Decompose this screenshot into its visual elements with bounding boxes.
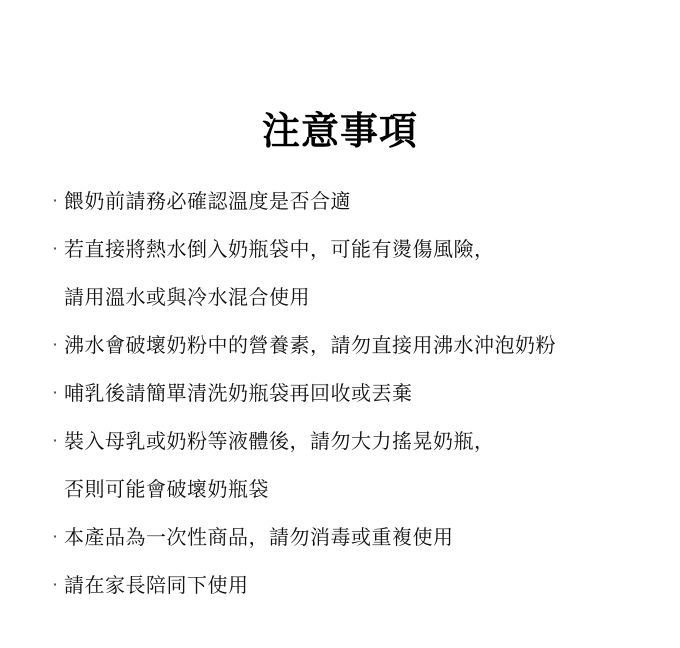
bullet-dot-icon: ·: [50, 513, 60, 561]
bullet-dot-icon: ·: [50, 177, 60, 225]
bullet-dot-icon: ·: [50, 561, 60, 609]
list-item: · 請在家長陪同下使用: [0, 561, 680, 609]
page-title: 注意事項: [0, 107, 680, 155]
note-text: 餵奶前請務必確認溫度是否合適: [64, 177, 680, 225]
note-text: 沸水會破壞奶粉中的營養素，請勿直接用沸水沖泡奶粉: [64, 321, 680, 369]
note-text: 哺乳後請簡單清洗奶瓶袋再回收或丟棄: [64, 369, 680, 417]
note-text: 裝入母乳或奶粉等液體後，請勿大力搖晃奶瓶，: [64, 417, 680, 465]
precautions-list: · 餵奶前請務必確認溫度是否合適 · 若直接將熱水倒入奶瓶袋中，可能有燙傷風險，…: [0, 177, 680, 609]
bullet-dot-icon: ·: [50, 369, 60, 417]
bullet-dot-icon: ·: [50, 321, 60, 369]
note-text-continuation: 否則可能會破壞奶瓶袋: [64, 465, 680, 513]
list-item: · 本產品為一次性商品，請勿消毒或重複使用: [0, 513, 680, 561]
list-item: · 裝入母乳或奶粉等液體後，請勿大力搖晃奶瓶， 否則可能會破壞奶瓶袋: [0, 417, 680, 513]
note-text: 若直接將熱水倒入奶瓶袋中，可能有燙傷風險，: [64, 225, 680, 273]
list-item: · 哺乳後請簡單清洗奶瓶袋再回收或丟棄: [0, 369, 680, 417]
bullet-dot-icon: ·: [50, 417, 60, 465]
note-text: 本產品為一次性商品，請勿消毒或重複使用: [64, 513, 680, 561]
note-text: 請在家長陪同下使用: [64, 561, 680, 609]
note-text-continuation: 請用溫水或與冷水混合使用: [64, 273, 680, 321]
list-item: · 若直接將熱水倒入奶瓶袋中，可能有燙傷風險， 請用溫水或與冷水混合使用: [0, 225, 680, 321]
list-item: · 餵奶前請務必確認溫度是否合適: [0, 177, 680, 225]
list-item: · 沸水會破壞奶粉中的營養素，請勿直接用沸水沖泡奶粉: [0, 321, 680, 369]
bullet-dot-icon: ·: [50, 225, 60, 273]
